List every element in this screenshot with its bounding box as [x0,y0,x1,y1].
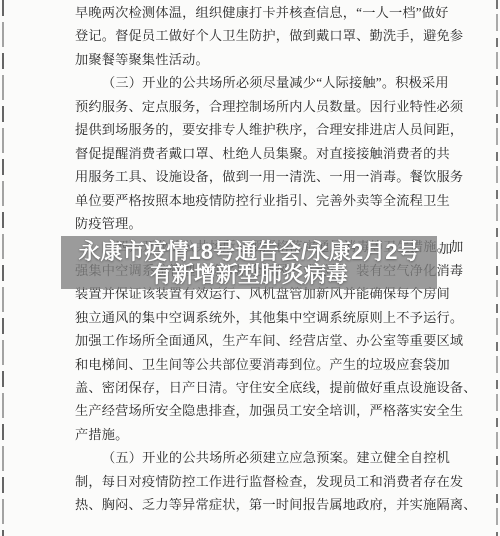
document-line: 早晚两次检测体温，组织健康打卡并核查信息，“一人一档”做好 [75,1,433,24]
document-line: 盖、密闭保存，日产日清。守住安全底线，提前做好重点设施设备、 [75,376,433,399]
document-line: 独立通风的集中空调系统外，其他集中空调系统原则上不予运行。 [75,306,433,329]
caption-banner: 永康市疫情18号通告会/永康2月2号 有新增新型肺炎病毒 [61,236,437,289]
page-left-edge-line [2,0,4,536]
scanned-notice-page: 早晚两次检测体温，组织健康打卡并核查信息，“一人一档”做好 登记。督促员工做好个… [0,0,500,536]
document-line: 产措施。 [75,423,433,446]
caption-title-line-2: 有新增新型肺炎病毒 [150,263,348,286]
document-line-section-3: （三）开业的公共场所必须尽量减少“人际接触”。积极采用 [75,71,433,94]
document-line: 防疫管理。 [75,212,433,235]
document-line: 和电梯间、卫生间等公共部位要消毒到位。产生的垃圾应套袋加 [75,353,433,376]
document-line: 用服务工具、设施设备，做到一用一清洗、一用一消毒。餐饮服务 [75,165,433,188]
document-line: 加强工作场所全面通风，生产车间、经营店堂、办公室等重要区域 [75,329,433,352]
page-right-edge-line [496,0,498,536]
document-line: 加聚餐等聚集性活动。 [75,48,433,71]
document-line: 制，每日对疫情防控工作进行监督检查，发现员工和消费者存在发 [75,470,433,493]
document-line: 督促提醒消费者戴口罩、杜绝人员集聚。对直接接触消费者的共 [75,142,433,165]
document-line: 预约服务、定点服务，合理控制场所内人员数量。因行业特性必须 [75,95,433,118]
document-line: 登记。督促员工做好个人卫生防护，做到戴口罩、勤洗手，避免参 [75,24,433,47]
document-line-section-5: （五）开业的公共场所必须建立应急预案。建立健全自控机 [75,446,433,469]
document-line: 提供到场服务的，要安排专人维护秩序，合理安排进店人员间距， [75,118,433,141]
document-line: 生产经营场所安全隐患排查，加强员工安全培训，严格落实安全生 [75,399,433,422]
document-line-overflow-char: 加 [439,238,452,257]
caption-title-line-1: 永康市疫情18号通告会/永康2月2号 [78,240,419,263]
document-line: 单位要严格按照本地疫情防控行业指引、完善外卖等全流程卫生 [75,189,433,212]
document-line: 热、胸闷、乏力等异常症状，第一时间报告属地政府，并实施隔离、 [75,493,433,516]
